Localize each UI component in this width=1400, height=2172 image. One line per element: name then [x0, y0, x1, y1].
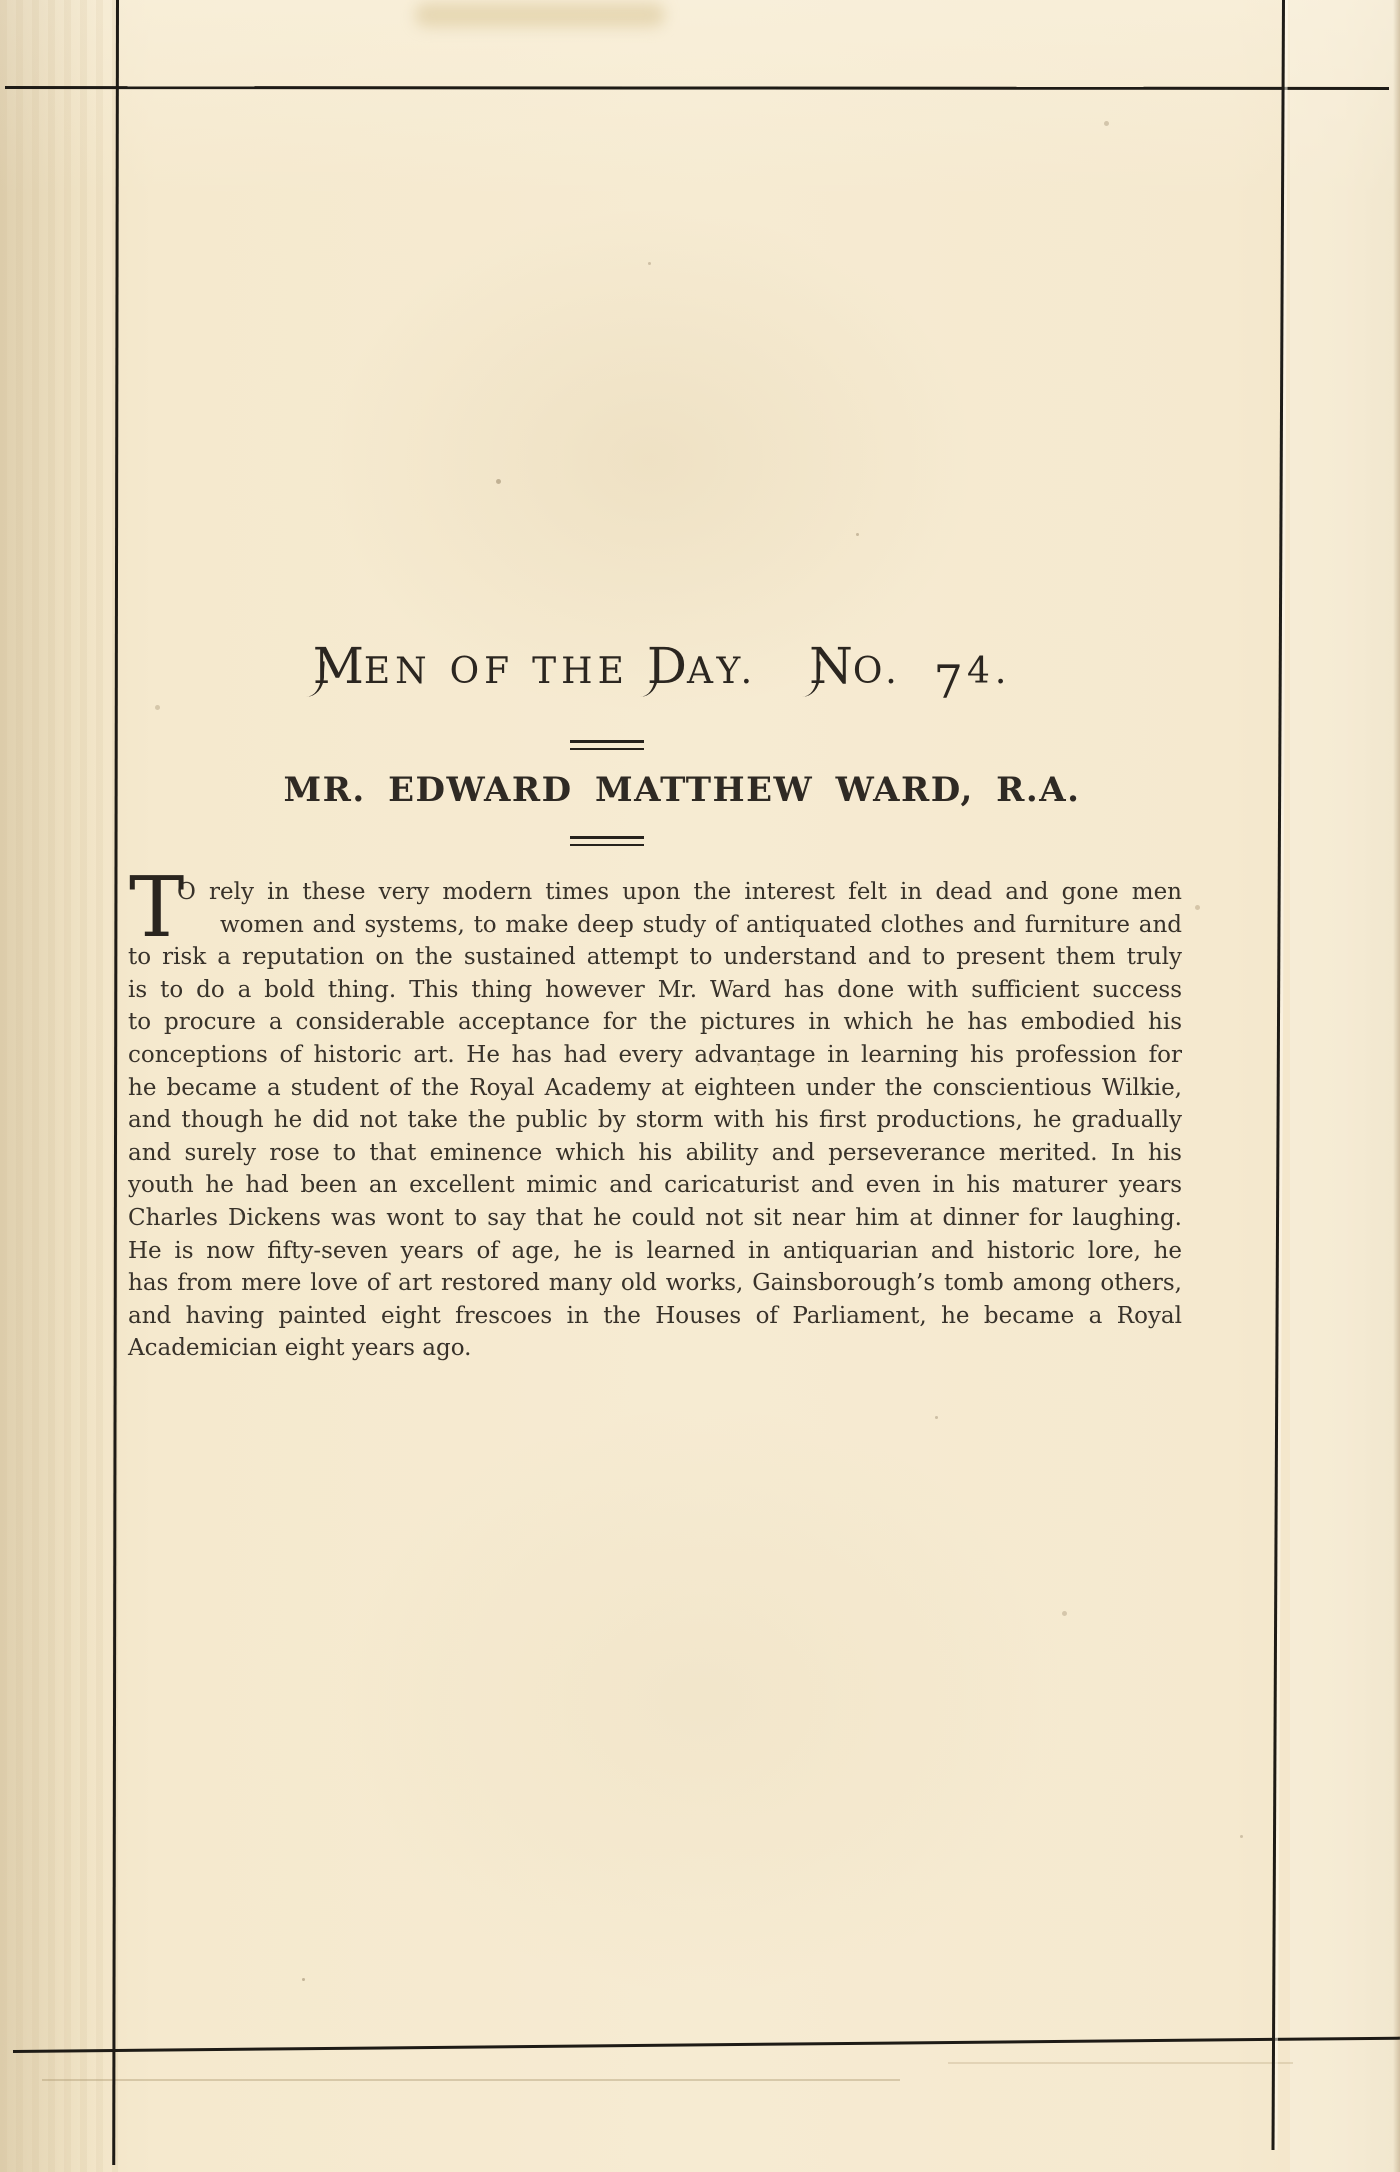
- article-line: O rely in these very modern times upon t…: [128, 876, 1182, 909]
- masthead-word-day-rest: AY.: [687, 651, 757, 692]
- frame-top-rule: [5, 86, 1389, 90]
- masthead-initial-d: D: [647, 631, 687, 701]
- masthead-issue-number-tens: 7: [934, 647, 967, 717]
- masthead-word-of: OF: [450, 651, 515, 692]
- article-line: he became a student of the Royal Academy…: [128, 1072, 1182, 1105]
- masthead-word-the: THE: [532, 651, 629, 692]
- drop-cap: T: [129, 878, 184, 938]
- article-line: and surely rose to that eminence which h…: [128, 1137, 1182, 1170]
- article-line: to procure a considerable acceptance for…: [128, 1006, 1182, 1039]
- masthead-word-men-rest: EN: [364, 651, 432, 692]
- show-through-smudge: [415, 3, 665, 27]
- article-line: youth he had been an excellent mimic and…: [128, 1169, 1182, 1202]
- paper-right-edge-shadow: [1393, 0, 1400, 2172]
- paper-right-margin-tone: [1290, 0, 1400, 2172]
- frame-bottom-rule: [13, 2037, 1400, 2053]
- masthead: MEN OF THE DAY. NO. 74.: [118, 631, 1206, 718]
- scanned-page: MEN OF THE DAY. NO. 74. MR. EDWARD MATTH…: [0, 0, 1400, 2172]
- article-line: and having painted eight frescoes in the…: [128, 1300, 1182, 1333]
- article-title: MR. EDWARD MATTHEW WARD, R.A.: [118, 770, 1246, 810]
- show-through-line: [42, 2079, 900, 2081]
- article-line: women and systems, to make deep study of…: [128, 909, 1182, 942]
- article-line: Charles Dickens was wont to say that he …: [128, 1202, 1182, 1235]
- article-line: He is now fifty-seven years of age, he i…: [128, 1235, 1182, 1268]
- article-line: is to do a bold thing. This thing howeve…: [128, 974, 1182, 1007]
- article-line: conceptions of historic art. He has had …: [128, 1039, 1182, 1072]
- paper-specks: [0, 0, 3, 3]
- article-body: T O rely in these very modern times upon…: [128, 876, 1182, 1365]
- article-line: Academician eight years ago.: [128, 1332, 1182, 1365]
- article-line: to risk a reputation on the sustained at…: [128, 941, 1182, 974]
- masthead-issue-label-rest: O.: [853, 651, 902, 692]
- divider-rule-bottom: [570, 836, 644, 846]
- masthead-initial-n: N: [809, 631, 853, 701]
- masthead-initial-m: M: [313, 631, 364, 701]
- frame-right-rule: [1271, 0, 1285, 2150]
- divider-rule-top: [570, 740, 644, 750]
- show-through-line: [948, 2062, 1293, 2064]
- paper-edge-streaks: [0, 0, 118, 2172]
- article-line: and though he did not take the public by…: [128, 1104, 1182, 1137]
- masthead-issue-number-units: 4.: [967, 651, 1011, 692]
- article-line: has from mere love of art restored many …: [128, 1267, 1182, 1300]
